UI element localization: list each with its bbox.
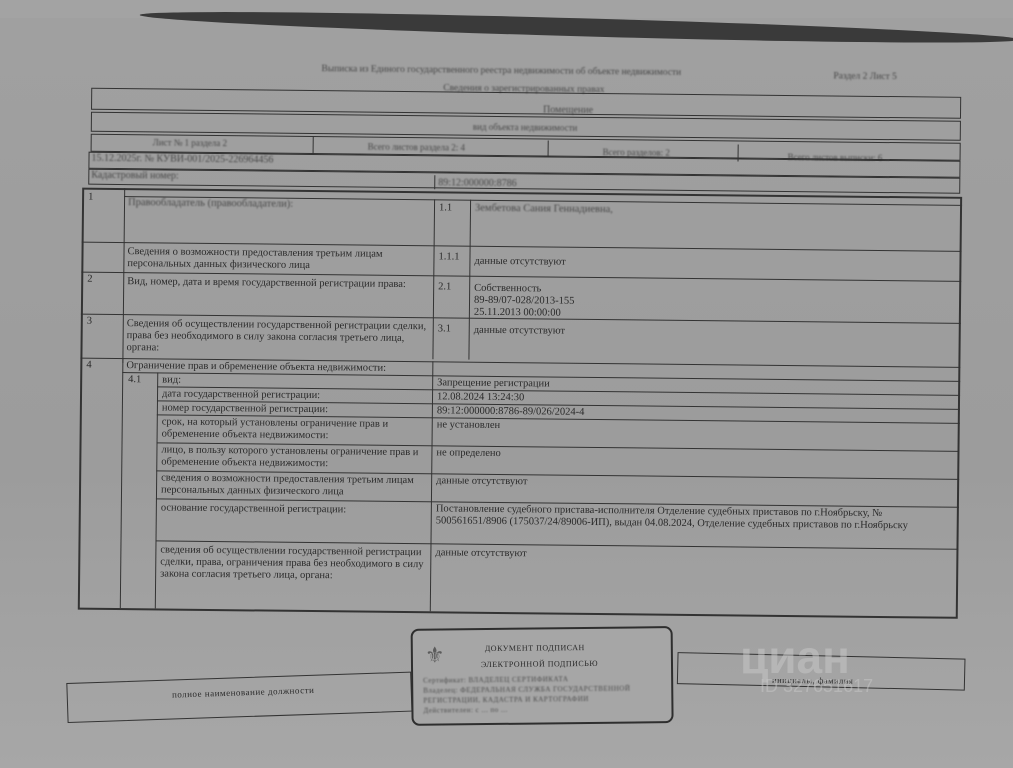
row-3-value: данные отсутствуют	[474, 325, 565, 338]
personal-data-value: данные отсутствуют	[436, 475, 527, 488]
encumbrance-type-label: вид:	[162, 374, 181, 386]
beneficiary-value: не определено	[436, 447, 500, 460]
registration-date-label: дата государственной регистрации:	[162, 388, 320, 402]
stamp-line: ЭЛЕКТРОННОЙ ПОДПИСЬЮ	[481, 659, 598, 669]
encumbrance-sub: 4.1	[128, 374, 141, 386]
stamp-line: Сертификат: ВЛАДЕЛЕЦ СЕРТИФИКАТА	[423, 675, 568, 685]
object-type: Помещение	[543, 104, 593, 116]
registration-date: 12.08.2024 13:24:30	[437, 391, 524, 404]
registration-number: 89:12:000000:8786-89/026/2024-4	[437, 405, 585, 419]
row-1-1-label: Сведения о возможности предоставления тр…	[127, 246, 432, 273]
row-1-1-sub: 1.1.1	[438, 251, 459, 263]
registration-number-label: номер государственной регистрации:	[162, 402, 328, 416]
electronic-signature-stamp: ⚜ ДОКУМЕНТ ПОДПИСАН ЭЛЕКТРОННОЙ ПОДПИСЬЮ…	[411, 626, 674, 726]
row-2-sub: 2.1	[438, 281, 451, 293]
cadastral-label: Кадастровый номер:	[91, 170, 179, 182]
ownership-registration: Собственность 89-89/07-028/2013-155 25.1…	[474, 283, 575, 320]
row-2-number: 2	[87, 274, 92, 286]
cadastral-number: 89:12:000000:8786	[438, 177, 516, 189]
row-3-label: Сведения об осуществлении государственно…	[126, 318, 426, 357]
personal-data-label: сведения о возможности предоставления тр…	[161, 472, 429, 499]
emblem-icon: ⚜	[425, 642, 446, 668]
divider	[434, 175, 435, 189]
sheet-number: Лист № 1 раздела 2	[153, 137, 227, 148]
term-label: срок, на который установлены ограничение…	[162, 416, 430, 443]
stamp-line: ДОКУМЕНТ ПОДПИСАН	[485, 643, 585, 653]
row-1-1-value: данные отсутствуют	[474, 256, 565, 269]
extract-date-number: 15.12.2025г. № КУВИ-001/2025-226964456	[91, 153, 273, 166]
divider	[313, 136, 314, 154]
row-1-number: 1	[88, 192, 93, 204]
row-4-number: 4	[86, 360, 91, 372]
third-party-consent-label: сведения об осуществлении государственно…	[160, 544, 428, 583]
stamp-line: Владелец: ФЕДЕРАЛЬНАЯ СЛУЖБА ГОСУДАРСТВЕ…	[423, 685, 630, 695]
stamp-line: РЕГИСТРАЦИИ, КАДАСТРА И КАРТОГРАФИИ	[423, 695, 589, 705]
object-type-caption: вид объекта недвижимости	[473, 122, 578, 133]
beneficiary-label: лицо, в пользу которого установлены огра…	[161, 444, 429, 471]
section-label: Раздел 2 Лист 5	[833, 71, 897, 82]
document-title: Выписка из Единого государственного реес…	[321, 64, 681, 78]
total-sheets-section: Всего листов раздела 2: 4	[368, 142, 465, 153]
total-sections: Всего разделов: 2	[603, 147, 670, 158]
row-3-number: 3	[87, 316, 92, 328]
third-party-consent-value: данные отсутствуют	[435, 547, 526, 560]
term-value: не установлен	[437, 419, 501, 432]
stamp-line: Действителен: с ... по ...	[423, 706, 507, 715]
row-3-sub: 3.1	[438, 323, 451, 335]
encumbrance-type: Запрещение регистрации	[437, 377, 550, 390]
row-1-sub: 1.1	[439, 202, 452, 214]
divider	[548, 140, 549, 157]
watermark-id: ID 327651617	[760, 676, 873, 697]
document: Выписка из Единого государственного реес…	[0, 0, 1013, 768]
